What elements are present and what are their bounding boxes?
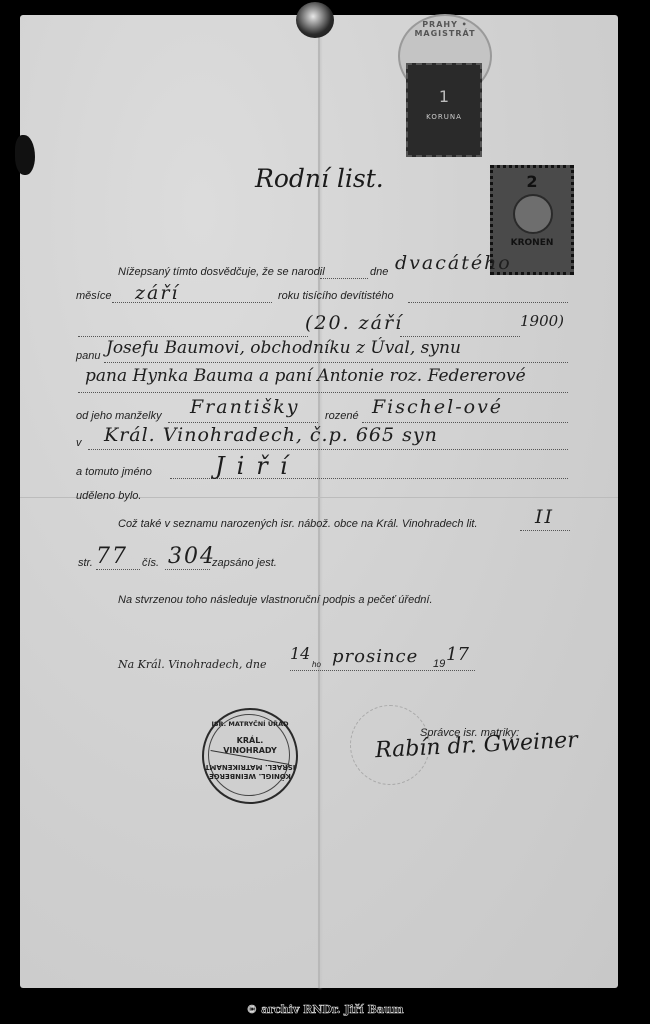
number-value: 304 xyxy=(168,544,216,569)
dotted-line xyxy=(88,449,568,450)
seal-top-text: ISR. MATRYČNÍ ÚŘAD xyxy=(204,720,296,728)
year-value: 1900) xyxy=(520,312,564,330)
issue-place: Na Král. Vinohradech, dne xyxy=(118,658,267,671)
issue-year-value: 17 xyxy=(446,644,469,665)
revenue-stamp-1-label: KORUNA xyxy=(408,113,480,121)
page-label: str. xyxy=(78,557,93,569)
revenue-stamp-1-koruna: 1 KORUNA xyxy=(406,63,482,157)
dotted-line xyxy=(408,302,568,303)
month-label: měsíce xyxy=(76,290,111,302)
confirmation-text: Na stvrzenou toho následuje vlastnoruční… xyxy=(118,594,433,606)
dotted-line xyxy=(78,336,308,337)
name-value: Jiří xyxy=(215,452,299,480)
issue-month-value: prosince xyxy=(332,646,418,667)
mother-value: Františky xyxy=(190,396,300,418)
vertical-fold-line xyxy=(318,15,320,988)
dotted-line xyxy=(320,278,368,279)
registry-sentence: Což také v seznamu narozených isr. nábož… xyxy=(118,518,478,530)
father-label: panu xyxy=(76,350,100,362)
revenue-stamp-2-value: 2 xyxy=(493,172,571,191)
metal-rivet-icon xyxy=(296,2,334,38)
mother-label: od jeho manželky xyxy=(76,410,162,422)
dotted-line xyxy=(400,336,520,337)
year-label: roku tisícího devítistého xyxy=(278,290,394,302)
written-label: zapsáno jest. xyxy=(212,557,277,569)
father-value: Josefu Baumovi, obchodníku z Úval, synu xyxy=(106,338,461,358)
portrait-medallion-icon xyxy=(513,194,553,234)
name-label: a tomuto jméno xyxy=(76,466,152,478)
page-value: 77 xyxy=(96,544,128,569)
place-value: Král. Vinohradech, č.p. 665 syn xyxy=(104,424,438,446)
day-label: dne xyxy=(370,266,388,278)
month-value: září xyxy=(135,282,180,304)
dotted-line xyxy=(362,422,568,423)
dotted-line xyxy=(168,422,318,423)
place-label: v xyxy=(76,437,82,449)
day-value: dvacátého xyxy=(395,252,512,274)
seal-bottom-text-2: ISRAEL. MATRIKENAMT xyxy=(204,762,296,771)
born-label: rozené xyxy=(325,410,359,422)
dotted-line xyxy=(78,392,568,393)
born-value: Fischel-ové xyxy=(372,396,503,418)
official-registry-seal: ISR. MATRYČNÍ ÚŘAD KRÁL. VINOHRADY KÖNIG… xyxy=(202,708,298,804)
seal-bottom-text: KÖNIGL. WEINBERGE ISRAEL. MATRIKENAMT xyxy=(204,762,296,780)
registry-lit-value: II xyxy=(535,506,554,528)
dotted-line xyxy=(165,569,210,570)
dotted-line xyxy=(290,670,475,671)
seal-mid-text-1: KRÁL. xyxy=(204,736,296,745)
number-label: čís. xyxy=(142,557,159,569)
date-paren-value: (20. září xyxy=(305,312,403,334)
paper-clip-icon xyxy=(15,135,35,175)
dotted-line xyxy=(104,362,568,363)
magistrate-seal-text: PRAHY • MAGISTRÁT xyxy=(400,20,490,38)
dotted-line xyxy=(520,530,570,531)
seal-bottom-text-1: KÖNIGL. WEINBERGE xyxy=(204,771,296,780)
document-title: Rodní list. xyxy=(255,164,384,193)
issue-year-prefix: 19 xyxy=(433,658,445,670)
archive-credit: © archiv RNDr. Jiří Baum xyxy=(0,1003,650,1016)
given-label: uděleno bylo. xyxy=(76,490,141,502)
intro-text: Nížepsaný tímto dosvědčuje, že se narodi… xyxy=(118,266,325,278)
issue-day-value: 14 xyxy=(290,644,310,663)
father-value-2: pana Hynka Bauma a paní Antonie roz. Fed… xyxy=(85,366,526,386)
revenue-stamp-1-value: 1 xyxy=(408,87,480,106)
revenue-stamp-2-label: KRONEN xyxy=(493,238,571,248)
dotted-line xyxy=(96,569,140,570)
issue-day-suffix: ho xyxy=(312,660,321,669)
